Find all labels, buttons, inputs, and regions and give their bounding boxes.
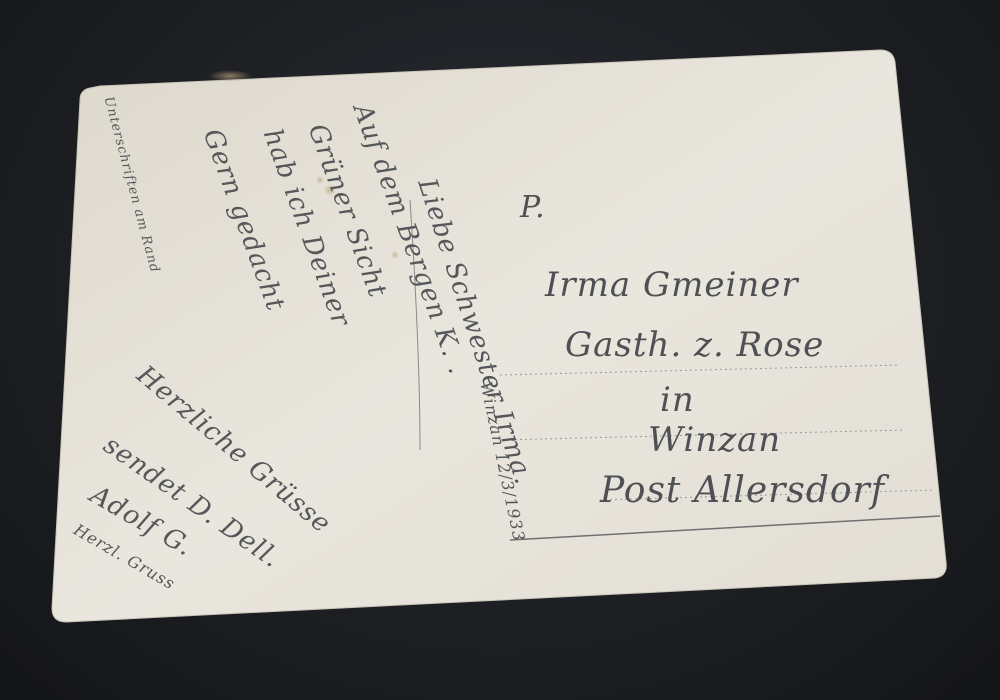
address-line-2: Gasth. z. Rose xyxy=(565,325,824,365)
address-recipient-name: Irma Gmeiner xyxy=(545,265,799,305)
address-line-3: in xyxy=(660,380,695,420)
postcard-card xyxy=(0,0,1000,700)
postcard-photo: P. Irma Gmeiner Gasth. z. Rose in Winzan… xyxy=(0,0,1000,700)
address-line-5: Post Allersdorf xyxy=(600,470,885,511)
address-line-4: Winzan xyxy=(648,420,781,460)
address-salutation: P. xyxy=(520,190,546,225)
